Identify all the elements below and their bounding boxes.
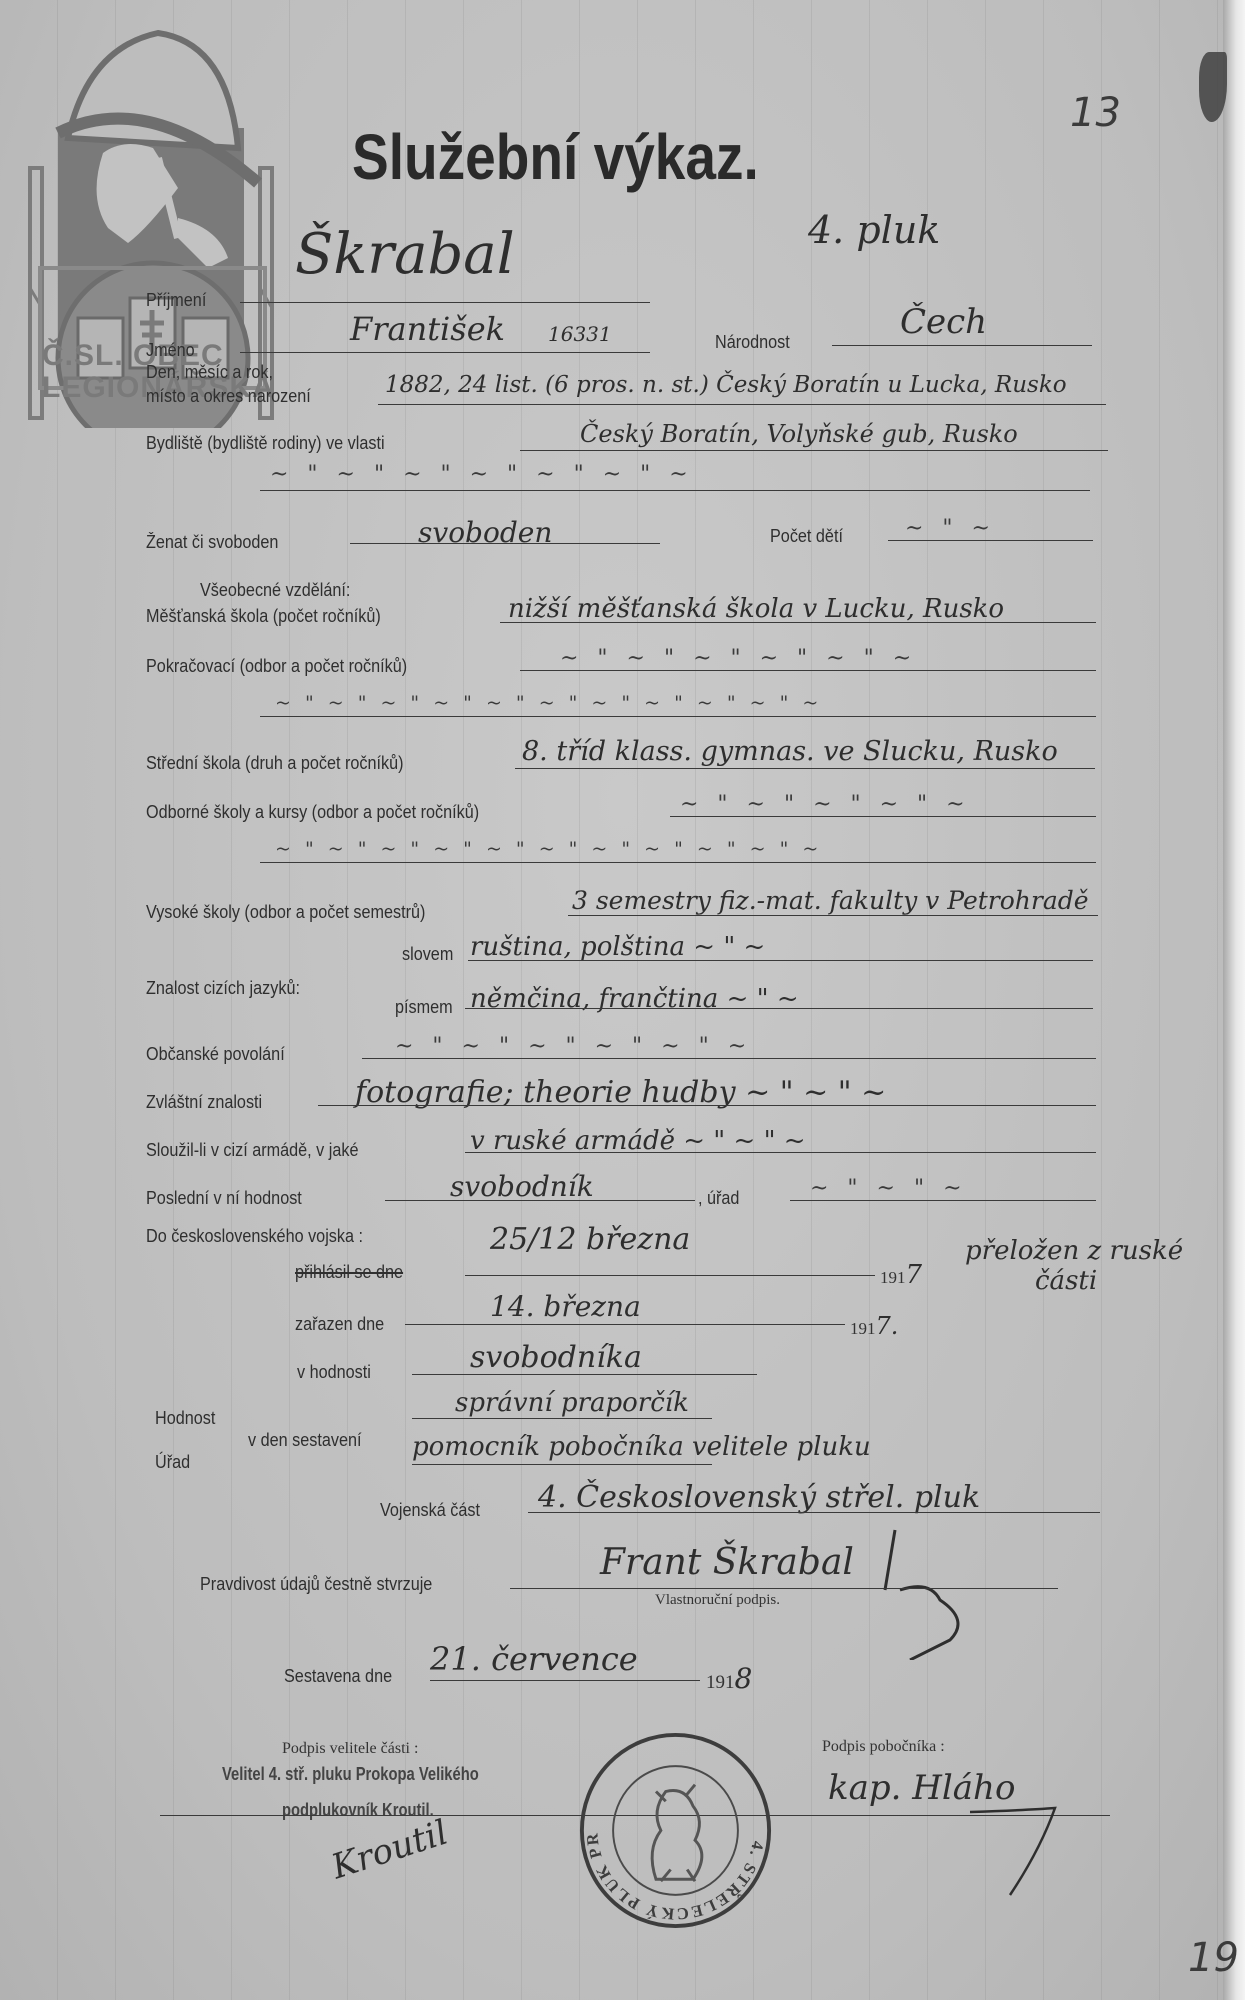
- continuation-school-label: Pokračovací (odbor a počet ročníků): [146, 656, 407, 677]
- spoken-label: slovem: [402, 944, 453, 965]
- office-value: ~ " ~ " ~: [810, 1176, 968, 1201]
- continuation-school-value: ~ " ~ " ~ " ~ " ~ " ~: [560, 646, 917, 671]
- special-skills-label: Zvláštní znalosti: [146, 1092, 262, 1113]
- special-skills-line: [318, 1105, 1096, 1106]
- commander-stamp-line1: Velitel 4. stř. pluku Prokopa Velikého: [222, 1764, 479, 1785]
- last-rank-line: [385, 1200, 695, 1201]
- assigned-year-digit: 7.: [876, 1312, 899, 1340]
- enlisted-value: 25/12 března: [490, 1222, 690, 1257]
- current-office-line: [412, 1464, 712, 1465]
- children-line: [888, 540, 1093, 541]
- current-rank-value: správní praporčík: [455, 1388, 689, 1418]
- transfer-note-line2: části: [1035, 1266, 1097, 1296]
- surname-value: Škrabal: [295, 222, 515, 287]
- rank-value: svobodníka: [470, 1340, 642, 1375]
- first-name-label: Jméno: [146, 340, 195, 361]
- vocational-school-value: ~ " ~ " ~ " ~ " ~: [680, 792, 971, 817]
- continuation-extra-line: [260, 716, 1096, 717]
- enlisted-line: [465, 1275, 875, 1276]
- burgher-school-label: Měšťanská škola (počet ročníků): [146, 606, 381, 627]
- vocational-extra-line: [260, 862, 1096, 863]
- rank-line: [412, 1374, 757, 1375]
- adjutant-signature-label: Podpis pobočníka :: [822, 1738, 945, 1756]
- civil-profession-line: [362, 1058, 1096, 1059]
- vocational-school-extra: ~ " ~ " ~ " ~ " ~ " ~ " ~ " ~ " ~ " ~ " …: [275, 838, 822, 860]
- nationality-value: Čech: [900, 302, 987, 342]
- czechoslovak-army-label: Do československého vojska :: [146, 1226, 363, 1247]
- birth-label-line2: místo a okres narození: [146, 386, 311, 407]
- current-office-label: Úřad: [155, 1452, 190, 1473]
- university-line: [568, 915, 1098, 916]
- signature-line: [510, 1588, 1058, 1589]
- surname-line: [240, 302, 650, 303]
- current-rank-line: [412, 1418, 712, 1419]
- rank-label: v hodnosti: [297, 1362, 371, 1383]
- residence-line: [520, 450, 1108, 451]
- marital-label: Ženat či svoboden: [146, 532, 278, 553]
- document-title: Služební výkaz.: [352, 120, 759, 194]
- date-year-digit: 8: [735, 1662, 753, 1695]
- written-label: písmem: [395, 997, 453, 1018]
- birth-line: [378, 404, 1106, 405]
- birth-label-line1: Den, měsíc a rok,: [146, 362, 273, 383]
- assigned-line: [405, 1324, 845, 1325]
- vocational-school-line: [670, 816, 1096, 817]
- last-rank-label: Poslední v ní hodnost: [146, 1188, 302, 1209]
- date-year-prefix: 191: [706, 1672, 735, 1693]
- first-name-value: František: [350, 310, 505, 348]
- assigned-year-prefix: 191: [850, 1319, 876, 1338]
- transfer-note-line1: přeložen z ruské: [965, 1236, 1183, 1266]
- education-heading: Všeobecné vzdělání:: [200, 580, 350, 601]
- date-year: 1918: [706, 1662, 752, 1695]
- signature-caption: Vlastnoruční podpis.: [655, 1592, 780, 1609]
- surname-label: Příjmení: [146, 290, 206, 311]
- current-office-value: pomocník pobočníka velitele pluku: [412, 1432, 871, 1462]
- last-rank-value: svobodník: [450, 1170, 594, 1203]
- children-label: Počet dětí: [770, 526, 843, 547]
- page-edge: [1223, 0, 1245, 2000]
- date-label: Sestavena dne: [284, 1666, 392, 1687]
- date-line: [430, 1680, 700, 1681]
- foreign-army-label: Sloužil-li v cizí armádě, v jaké: [146, 1140, 358, 1161]
- unit-value: 4. Československý střel. pluk: [538, 1480, 980, 1515]
- marital-line: [350, 543, 660, 544]
- children-value: ~ " ~: [905, 516, 996, 541]
- continuation-school-extra: ~ " ~ " ~ " ~ " ~ " ~ " ~ " ~ " ~ " ~ " …: [275, 692, 822, 714]
- residence-continuation-line: [260, 490, 1090, 491]
- vocational-school-label: Odborné školy a kursy (odbor a počet roč…: [146, 802, 479, 823]
- office-label: , úřad: [698, 1188, 739, 1209]
- written-value: němčina, frančtina ~ " ~: [470, 984, 799, 1014]
- adjutant-flourish-icon: [950, 1800, 1070, 1900]
- foreign-army-line: [465, 1152, 1096, 1153]
- owner-signature: Frant Škrabal: [600, 1542, 854, 1583]
- enlisted-label: přihlásil se dne: [295, 1262, 403, 1283]
- enlisted-year-digit: 7: [906, 1260, 923, 1290]
- truth-attestation-label: Pravdivost údajů čestně stvrzuje: [200, 1574, 432, 1595]
- id-number: 16331: [548, 322, 612, 346]
- date-value: 21. července: [430, 1640, 638, 1678]
- commander-stamp-line2: podplukovník Kroutil.: [282, 1800, 434, 1821]
- secondary-school-value: 8. tříd klass. gymnas. ve Slucku, Rusko: [522, 736, 1058, 767]
- spoken-line: [468, 960, 1093, 961]
- unit-label: Vojenská část: [380, 1500, 480, 1521]
- commander-signature-label: Podpis velitele části :: [282, 1740, 418, 1758]
- burgher-school-value: nižší měšťanská škola v Lucku, Rusko: [508, 594, 1004, 624]
- service-record-page: Č.SL. OBEC LEGIONÁŘSKÁ 13 19 Služební vý…: [0, 0, 1245, 2000]
- university-label: Vysoké školy (odbor a počet semestrů): [146, 902, 425, 923]
- assigned-year: 1917.: [850, 1312, 898, 1340]
- signature-flourish-icon: [880, 1520, 990, 1660]
- nationality-label: Národnost: [715, 332, 790, 353]
- nationality-line: [832, 345, 1092, 346]
- spoken-value: ruština, polština ~ " ~: [470, 932, 765, 962]
- birth-value: 1882, 24 list. (6 pros. n. st.) Český Bo…: [385, 372, 1067, 398]
- continuation-school-line: [520, 670, 1096, 671]
- secondary-school-line: [515, 768, 1095, 769]
- unit-line: [528, 1512, 1100, 1513]
- burgher-school-line: [500, 622, 1096, 623]
- enlisted-year-prefix: 191: [880, 1268, 906, 1287]
- civil-profession-value: ~ " ~ " ~ " ~ " ~ " ~: [395, 1034, 752, 1059]
- assigned-label: zařazen dne: [295, 1314, 384, 1335]
- assigned-value: 14. března: [490, 1290, 641, 1323]
- page-number-bottom: 19: [1188, 1935, 1239, 1981]
- current-rank-label: Hodnost: [155, 1408, 215, 1429]
- enlisted-year: 1917: [880, 1260, 922, 1290]
- current-at-label: v den sestavení: [248, 1430, 361, 1451]
- secondary-school-label: Střední škola (druh a počet ročníků): [146, 753, 404, 774]
- university-value: 3 semestry fiz.-mat. fakulty v Petrohrad…: [572, 886, 1089, 915]
- civil-profession-label: Občanské povolání: [146, 1044, 285, 1065]
- first-name-line: [240, 352, 650, 353]
- residence-value: Český Boratín, Volyňské gub, Rusko: [580, 420, 1018, 448]
- marital-value: svoboden: [418, 516, 552, 549]
- office-line: [790, 1200, 1096, 1201]
- residence-continuation: ~ " ~ " ~ " ~ " ~ " ~ " ~: [270, 462, 694, 487]
- residence-label: Bydliště (bydliště rodiny) ve vlasti: [146, 433, 385, 454]
- commander-signature: Kroutil: [327, 1813, 453, 1888]
- page-number-top: 13: [1070, 90, 1121, 136]
- written-line: [465, 1008, 1093, 1009]
- languages-label: Znalost cizích jazyků:: [146, 978, 300, 999]
- regiment-note: 4. pluk: [808, 208, 940, 252]
- regiment-seal-icon: 4. STŘELECKÝ PLUK PROKOPA VELIKÉHO: [578, 1733, 773, 1928]
